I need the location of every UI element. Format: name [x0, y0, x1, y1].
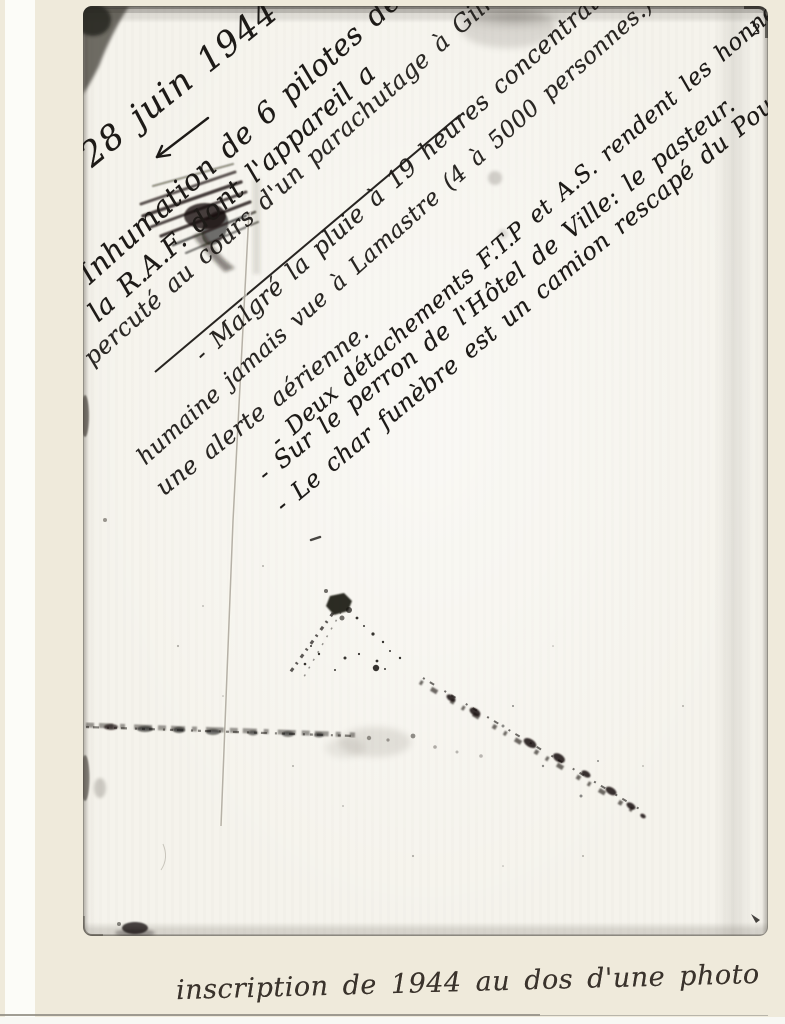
diagonal-stain-trail — [420, 678, 647, 819]
horizontal-smudge-streak — [86, 724, 483, 758]
page-number-mark: 2 — [751, 21, 762, 38]
scanned-page: 28 juin 1944 Inhumation de 6 pilotes de … — [0, 0, 785, 1024]
scanner-bottom-rule — [0, 1014, 540, 1016]
inscription-caption: inscription de 1944 au dos d'une photo — [176, 959, 760, 1006]
corner-blob — [83, 6, 129, 94]
bottom-edge-marks — [115, 914, 760, 936]
scanner-margin-strip — [5, 0, 35, 1024]
peak-stain-cluster — [289, 589, 401, 682]
gray-cloud — [325, 727, 411, 758]
misc-specks — [161, 537, 684, 870]
scanner-bottom-rule-faint — [540, 1015, 768, 1016]
photo-back: 28 juin 1944 Inhumation de 6 pilotes de … — [83, 6, 768, 936]
scanner-bottom-strip — [0, 1017, 785, 1024]
left-edge-spots — [83, 395, 107, 801]
